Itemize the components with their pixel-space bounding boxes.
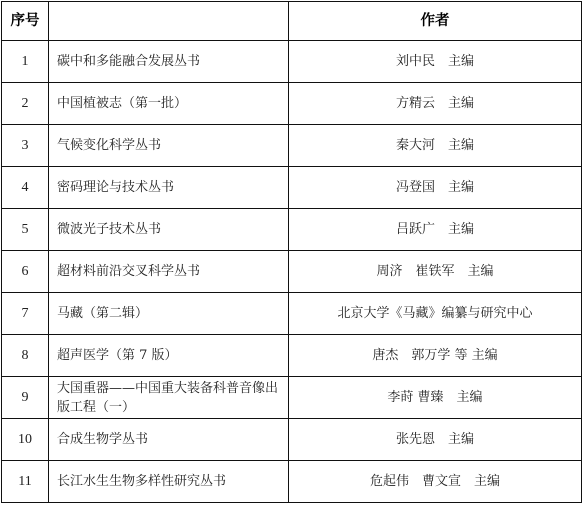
- table-row: 5 微波光子技术丛书 吕跃广 主编: [2, 209, 582, 251]
- row-title: 长江水生生物多样性研究丛书: [49, 461, 289, 503]
- row-title: 超声医学（第 7 版）: [49, 335, 289, 377]
- row-author: 吕跃广 主编: [289, 209, 582, 251]
- header-author: 作者: [289, 2, 582, 41]
- row-author: 方精云 主编: [289, 83, 582, 125]
- table-row: 3 气候变化科学丛书 秦大河 主编: [2, 125, 582, 167]
- row-number: 6: [2, 251, 49, 293]
- row-title: 密码理论与技术丛书: [49, 167, 289, 209]
- row-number: 1: [2, 41, 49, 83]
- row-author: 唐杰 郭万学 等 主编: [289, 335, 582, 377]
- row-author: 危起伟 曹文宣 主编: [289, 461, 582, 503]
- row-number: 8: [2, 335, 49, 377]
- book-list-table: 序号 作者 1 碳中和多能融合发展丛书 刘中民 主编 2 中国植被志（第一批） …: [1, 1, 582, 503]
- row-title: 马藏（第二辑）: [49, 293, 289, 335]
- row-title: 大国重器——中国重大装备科普音像出版工程（一）: [49, 377, 289, 419]
- row-title: 碳中和多能融合发展丛书: [49, 41, 289, 83]
- row-author: 张先恩 主编: [289, 419, 582, 461]
- row-number: 5: [2, 209, 49, 251]
- row-author: 周济 崔铁军 主编: [289, 251, 582, 293]
- table-row: 10 合成生物学丛书 张先恩 主编: [2, 419, 582, 461]
- row-title: 中国植被志（第一批）: [49, 83, 289, 125]
- row-title: 微波光子技术丛书: [49, 209, 289, 251]
- table-row: 2 中国植被志（第一批） 方精云 主编: [2, 83, 582, 125]
- row-number: 9: [2, 377, 49, 419]
- row-number: 10: [2, 419, 49, 461]
- row-number: 3: [2, 125, 49, 167]
- table-row: 6 超材料前沿交叉科学丛书 周济 崔铁军 主编: [2, 251, 582, 293]
- row-title: 合成生物学丛书: [49, 419, 289, 461]
- table-row: 4 密码理论与技术丛书 冯登国 主编: [2, 167, 582, 209]
- table-row: 11 长江水生生物多样性研究丛书 危起伟 曹文宣 主编: [2, 461, 582, 503]
- header-number: 序号: [2, 2, 49, 41]
- table-row: 8 超声医学（第 7 版） 唐杰 郭万学 等 主编: [2, 335, 582, 377]
- row-author: 刘中民 主编: [289, 41, 582, 83]
- table-row: 1 碳中和多能融合发展丛书 刘中民 主编: [2, 41, 582, 83]
- row-number: 4: [2, 167, 49, 209]
- row-number: 2: [2, 83, 49, 125]
- row-number: 7: [2, 293, 49, 335]
- row-title: 超材料前沿交叉科学丛书: [49, 251, 289, 293]
- row-author: 北京大学《马藏》编纂与研究中心: [289, 293, 582, 335]
- table-row: 9 大国重器——中国重大装备科普音像出版工程（一） 李莳 曹臻 主编: [2, 377, 582, 419]
- row-number: 11: [2, 461, 49, 503]
- header-title: [49, 2, 289, 41]
- row-author: 李莳 曹臻 主编: [289, 377, 582, 419]
- book-list-table-container: 序号 作者 1 碳中和多能融合发展丛书 刘中民 主编 2 中国植被志（第一批） …: [1, 1, 582, 503]
- table-row: 7 马藏（第二辑） 北京大学《马藏》编纂与研究中心: [2, 293, 582, 335]
- table-header-row: 序号 作者: [2, 2, 582, 41]
- row-title: 气候变化科学丛书: [49, 125, 289, 167]
- row-author: 冯登国 主编: [289, 167, 582, 209]
- row-author: 秦大河 主编: [289, 125, 582, 167]
